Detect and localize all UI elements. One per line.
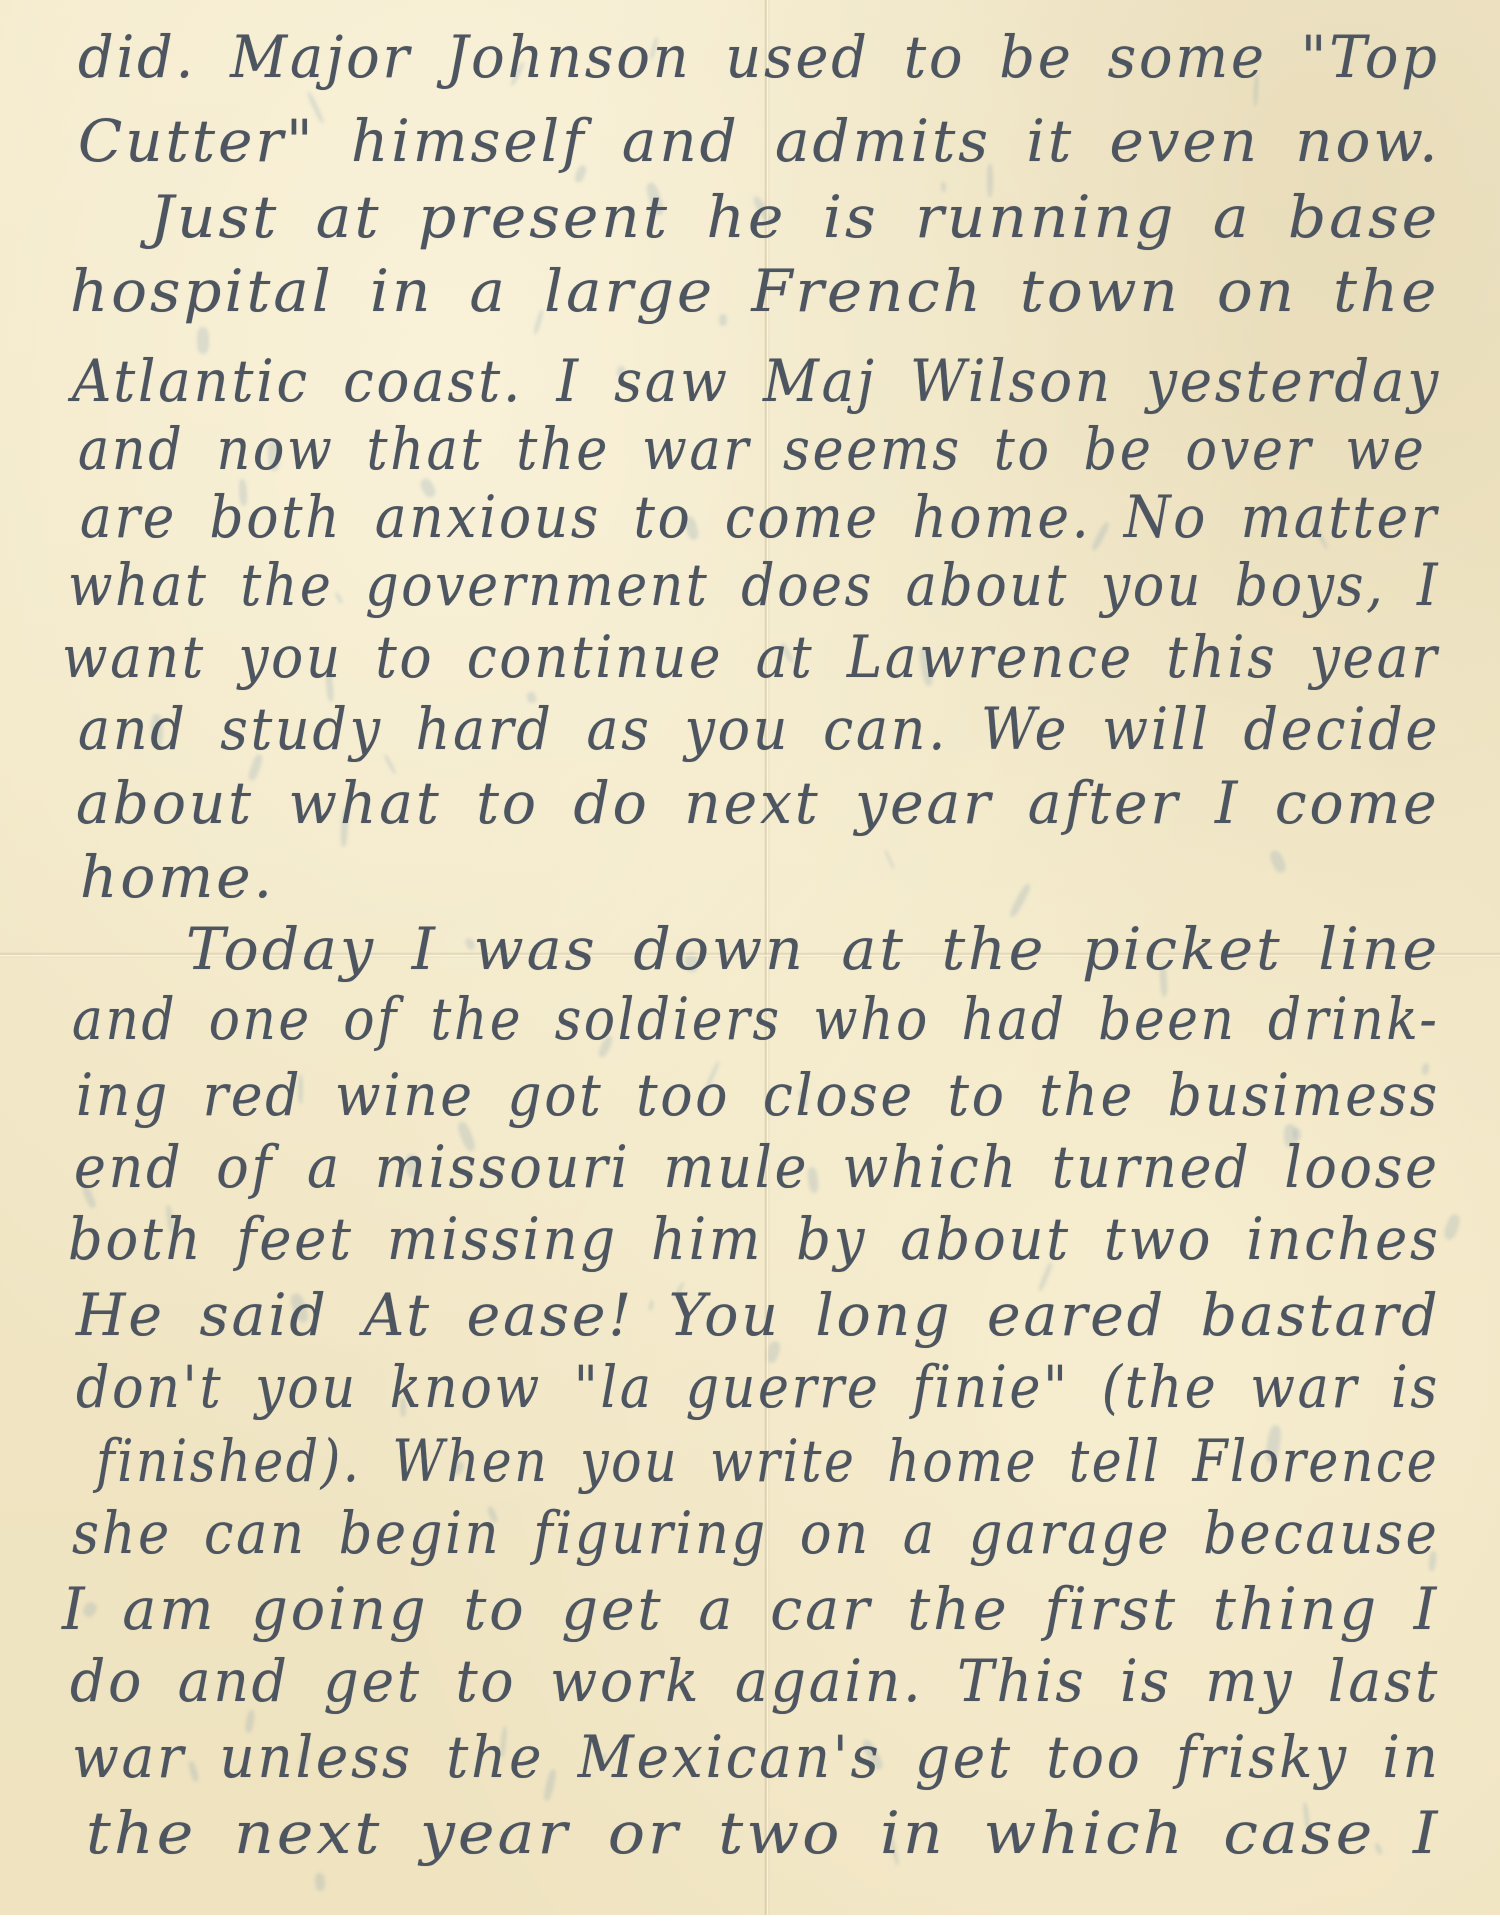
- handwritten-line: war unless the Mexican's get too frisky …: [72, 1728, 1441, 1786]
- handwritten-line: the next year or two in which case I: [86, 1804, 1441, 1862]
- handwritten-line: don't you know "la guerre finie" (the wa…: [76, 1358, 1440, 1416]
- handwritten-line: and one of the soldiers who had been dri…: [72, 990, 1440, 1048]
- handwritten-line: and now that the war seems to be over we: [78, 420, 1426, 478]
- letter-page: did. Major Johnson used to be some "TopC…: [0, 0, 1500, 1923]
- handwritten-line: both feet missing him by about two inche…: [68, 1210, 1441, 1268]
- handwritten-line: hospital in a large French town on the: [70, 262, 1439, 320]
- handwritten-line: about what to do next year after I come: [76, 774, 1440, 832]
- handwritten-line: ing red wine got too close to the busime…: [76, 1066, 1440, 1124]
- handwritten-line: want you to continue at Lawrence this ye…: [62, 628, 1439, 686]
- handwritten-line: are both anxious to come home. No matter: [80, 488, 1439, 546]
- handwritten-line: she can begin figuring on a garage becau…: [72, 1504, 1439, 1562]
- letter-body: did. Major Johnson used to be some "TopC…: [0, 0, 1500, 1923]
- handwritten-line: home.: [80, 848, 275, 906]
- handwritten-line: did. Major Johnson used to be some "Top: [78, 28, 1440, 86]
- handwritten-line: Today I was down at the picket line: [186, 920, 1440, 978]
- handwritten-line: Cutter" himself and admits it even now.: [78, 112, 1440, 170]
- handwritten-line: He said At ease! You long eared bastard: [76, 1286, 1441, 1344]
- scan-bottom-edge: [0, 1915, 1500, 1923]
- handwritten-line: and study hard as you can. We will decid…: [78, 700, 1440, 758]
- handwritten-line: finished). When you write home tell Flor…: [96, 1432, 1439, 1490]
- handwritten-line: Just at present he is running a base: [150, 188, 1440, 246]
- handwritten-line: do and get to work again. This is my las…: [70, 1652, 1440, 1710]
- handwritten-line: Atlantic coast. I saw Maj Wilson yesterd…: [72, 352, 1441, 410]
- handwritten-line: end of a missouri mule which turned loos…: [74, 1138, 1440, 1196]
- handwritten-line: I am going to get a car the first thing …: [62, 1580, 1439, 1638]
- handwritten-line: what the government does about you boys,…: [68, 556, 1440, 614]
